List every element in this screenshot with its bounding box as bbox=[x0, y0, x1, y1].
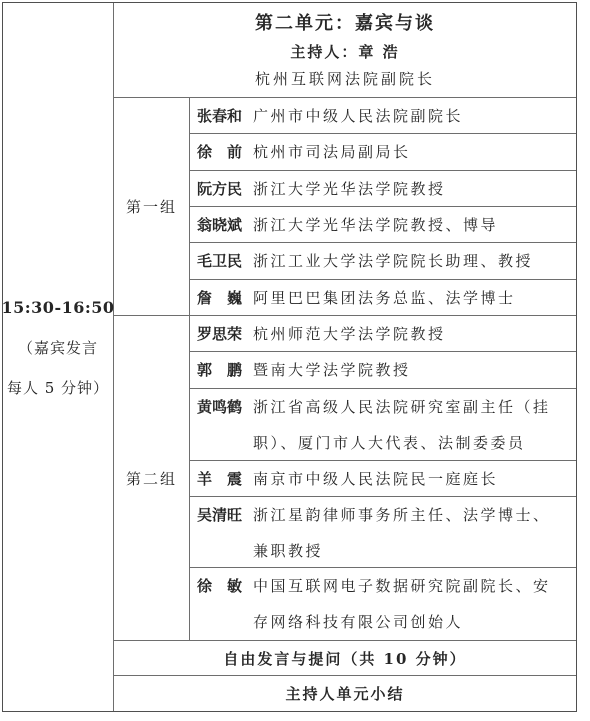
main-column: 第二单元：嘉宾与谈 主持人：章 浩 杭州互联网法院副院长 第一组 张春和 广州市… bbox=[114, 3, 576, 711]
speaker-title: 浙江工业大学法学院院长助理、教授 bbox=[253, 243, 562, 279]
time-note-line1: （嘉宾发言 bbox=[18, 328, 98, 368]
session-header: 第二单元：嘉宾与谈 主持人：章 浩 杭州互联网法院副院长 bbox=[114, 3, 576, 98]
group-row-2: 第二组 罗思荣 杭州师范大学法学院教授 郭 鹏 暨南大学法学院教授 黄鸣鹤 浙江… bbox=[114, 316, 576, 641]
speaker-name: 翁晓斌 bbox=[197, 207, 245, 243]
group-1-label: 第一组 bbox=[114, 98, 190, 315]
time-cell: 15:30-16:50 （嘉宾发言 每人 5 分钟） bbox=[3, 3, 114, 711]
group-1-speakers: 张春和 广州市中级人民法院副院长 徐 前 杭州市司法局副局长 阮方民 浙江大学光… bbox=[190, 98, 576, 315]
group-2-speakers: 罗思荣 杭州师范大学法学院教授 郭 鹏 暨南大学法学院教授 黄鸣鹤 浙江省高级人… bbox=[190, 316, 576, 640]
speaker-title: 暨南大学法学院教授 bbox=[253, 352, 562, 388]
speaker-title: 杭州师范大学法学院教授 bbox=[253, 316, 562, 352]
speaker-name: 詹 巍 bbox=[197, 280, 245, 315]
speaker-row: 徐 前 杭州市司法局副局长 bbox=[190, 134, 576, 170]
speaker-name: 吴清旺 bbox=[197, 497, 245, 533]
session-moderator: 主持人：章 浩 bbox=[290, 41, 399, 63]
speaker-name: 徐 前 bbox=[197, 134, 245, 170]
free-discussion-row: 自由发言与提问（共 10 分钟） bbox=[114, 641, 576, 676]
speaker-row: 毛卫民 浙江工业大学法学院院长助理、教授 bbox=[190, 243, 576, 279]
speaker-name: 黄鸣鹤 bbox=[197, 389, 245, 425]
speaker-name: 罗思荣 bbox=[197, 316, 245, 352]
session-title: 第二单元：嘉宾与谈 bbox=[255, 12, 435, 36]
speaker-title: 浙江大学光华法学院教授、博导 bbox=[253, 207, 562, 243]
speaker-title: 浙江星韵律师事务所主任、法学博士、兼职教授 bbox=[253, 497, 562, 568]
speaker-name: 徐 敏 bbox=[197, 568, 245, 604]
time-note-line2: 每人 5 分钟） bbox=[7, 368, 109, 408]
speaker-row: 阮方民 浙江大学光华法学院教授 bbox=[190, 171, 576, 207]
speaker-title: 阿里巴巴集团法务总监、法学博士 bbox=[253, 280, 562, 315]
speaker-title: 杭州市司法局副局长 bbox=[253, 134, 562, 170]
speaker-row: 徐 敏 中国互联网电子数据研究院副院长、安存网络科技有限公司创始人 bbox=[190, 568, 576, 640]
speaker-row: 羊 震 南京市中级人民法院民一庭庭长 bbox=[190, 461, 576, 497]
speaker-row: 郭 鹏 暨南大学法学院教授 bbox=[190, 352, 576, 388]
group-2-label: 第二组 bbox=[114, 316, 190, 640]
speaker-name: 郭 鹏 bbox=[197, 352, 245, 388]
speaker-name: 张春和 bbox=[197, 98, 245, 134]
speaker-row: 张春和 广州市中级人民法院副院长 bbox=[190, 98, 576, 134]
speaker-row: 罗思荣 杭州师范大学法学院教授 bbox=[190, 316, 576, 352]
agenda-table: 15:30-16:50 （嘉宾发言 每人 5 分钟） 第二单元：嘉宾与谈 主持人… bbox=[2, 2, 577, 712]
time-range: 15:30-16:50 bbox=[2, 288, 115, 328]
speaker-title: 浙江大学光华法学院教授 bbox=[253, 171, 562, 207]
speaker-row: 黄鸣鹤 浙江省高级人民法院研究室副主任（挂职）、厦门市人大代表、法制委委员 bbox=[190, 389, 576, 461]
speaker-name: 阮方民 bbox=[197, 171, 245, 207]
moderator-summary-row: 主持人单元小结 bbox=[114, 676, 576, 711]
speaker-title: 南京市中级人民法院民一庭庭长 bbox=[253, 461, 562, 497]
speaker-name: 羊 震 bbox=[197, 461, 245, 497]
session-moderator-title: 杭州互联网法院副院长 bbox=[255, 68, 435, 90]
speaker-row: 翁晓斌 浙江大学光华法学院教授、博导 bbox=[190, 207, 576, 243]
speaker-name: 毛卫民 bbox=[197, 243, 245, 279]
speaker-title: 中国互联网电子数据研究院副院长、安存网络科技有限公司创始人 bbox=[253, 568, 562, 640]
speaker-title: 广州市中级人民法院副院长 bbox=[253, 98, 562, 134]
group-row-1: 第一组 张春和 广州市中级人民法院副院长 徐 前 杭州市司法局副局长 阮方民 浙… bbox=[114, 98, 576, 316]
speaker-row: 吴清旺 浙江星韵律师事务所主任、法学博士、兼职教授 bbox=[190, 497, 576, 568]
speaker-title: 浙江省高级人民法院研究室副主任（挂职）、厦门市人大代表、法制委委员 bbox=[253, 389, 562, 461]
speaker-row: 詹 巍 阿里巴巴集团法务总监、法学博士 bbox=[190, 280, 576, 315]
